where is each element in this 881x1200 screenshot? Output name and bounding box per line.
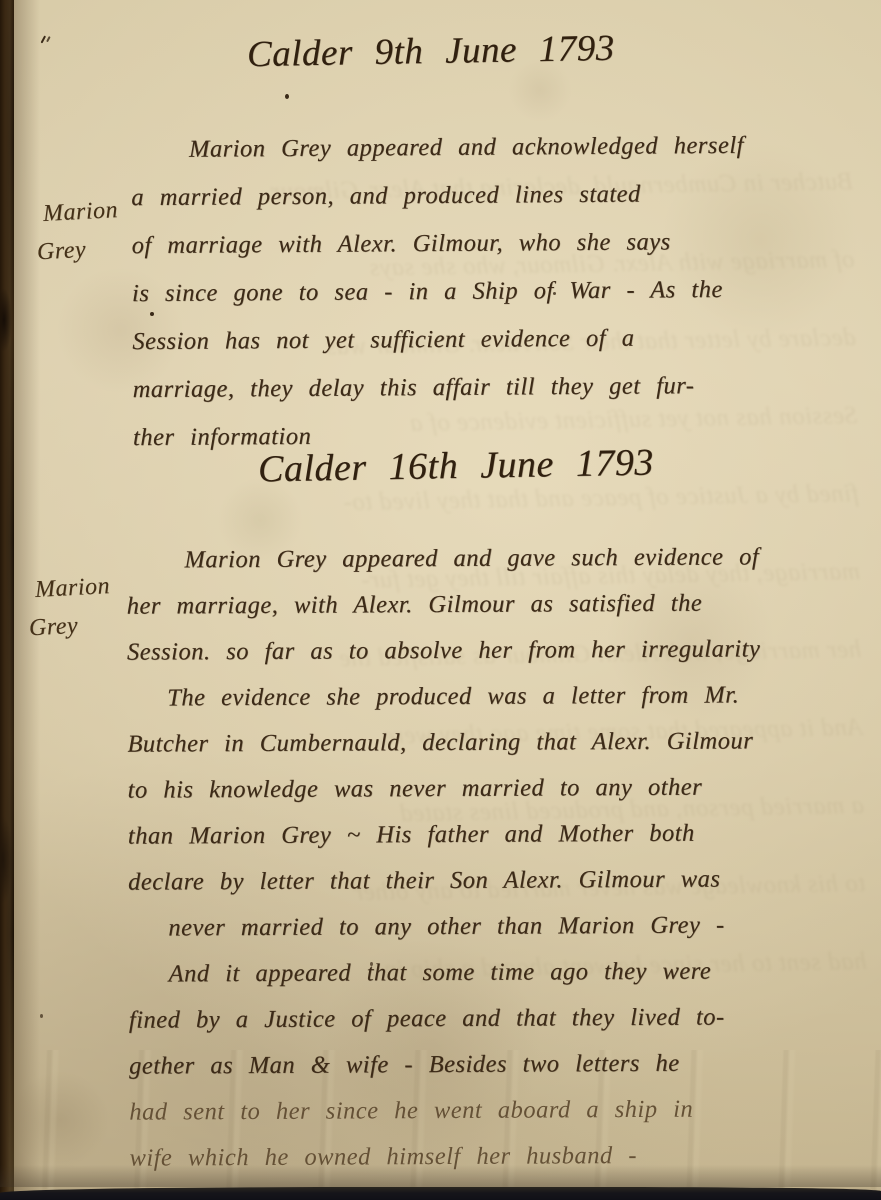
ink-speck	[370, 962, 373, 966]
manuscript-line: The evidence she produced was a letter f…	[127, 672, 761, 721]
manuscript-line: fined by a Justice of peace and that the…	[129, 994, 763, 1043]
margin-note-line: Grey	[28, 604, 113, 648]
manuscript-line: Session. so far as to absolve her from h…	[127, 626, 761, 675]
ink-speck	[40, 1014, 43, 1018]
manuscript-line: declare by letter that their Son Alexr. …	[128, 856, 762, 905]
margin-note-line: Marion	[34, 566, 111, 610]
manuscript-line: Marion Grey appeared and acknowledged he…	[131, 122, 744, 174]
manuscript-line: is since gone to sea - in a Ship of War …	[132, 266, 745, 318]
manuscript-line: had sent to her since he went aboard a s…	[129, 1086, 763, 1135]
manuscript-line: a married person, and produced lines sta…	[131, 170, 744, 222]
manuscript-line: marriage, they delay this affair till th…	[133, 362, 746, 414]
manuscript-page: Butcher in Cumbernauld, declaring that A…	[0, 0, 881, 1200]
entry-heading-9-june: Calder 9th June 1793	[247, 27, 615, 76]
margin-note-line: Marion	[42, 190, 119, 234]
ink-mark	[41, 35, 53, 48]
book-binding-edge	[0, 0, 14, 1200]
manuscript-line: gether as Man & wife - Besides two lette…	[129, 1040, 763, 1089]
entry-body-9-june: Marion Grey appeared and acknowledged he…	[131, 122, 746, 462]
ink-speck	[150, 312, 154, 316]
entry-body-16-june: Marion Grey appeared and gave such evide…	[126, 534, 763, 1181]
cropped-top-line: accordingly said for that out they may p…	[148, 0, 828, 22]
manuscript-line: wife which he owned himself her husband …	[129, 1132, 763, 1181]
manuscript-line: her marriage, with Alexr. Gilmour as sat…	[127, 580, 761, 629]
table-edge	[0, 1187, 881, 1200]
manuscript-line: Marion Grey appeared and gave such evide…	[126, 534, 760, 583]
manuscript-line: Session has not yet sufficient evidence …	[132, 314, 745, 366]
ink-speck	[553, 292, 556, 295]
manuscript-line: never married to any other than Marion G…	[128, 902, 762, 951]
manuscript-line: to his knowledge was never married to an…	[128, 764, 762, 813]
margin-note-marion-grey-2: Marion Grey	[34, 566, 113, 648]
ink-speck	[285, 94, 289, 99]
manuscript-line: Butcher in Cumbernauld, declaring that A…	[127, 718, 761, 767]
margin-note-marion-grey-1: Marion Grey	[42, 190, 121, 272]
margin-note-line: Grey	[36, 228, 121, 272]
entry-heading-16-june: Calder 16th June 1793	[258, 441, 655, 492]
manuscript-line: than Marion Grey ~ His father and Mother…	[128, 810, 762, 859]
manuscript-line: of marriage with Alexr. Gilmour, who she…	[132, 218, 745, 270]
manuscript-line: And it appeared that some time ago they …	[128, 948, 762, 997]
